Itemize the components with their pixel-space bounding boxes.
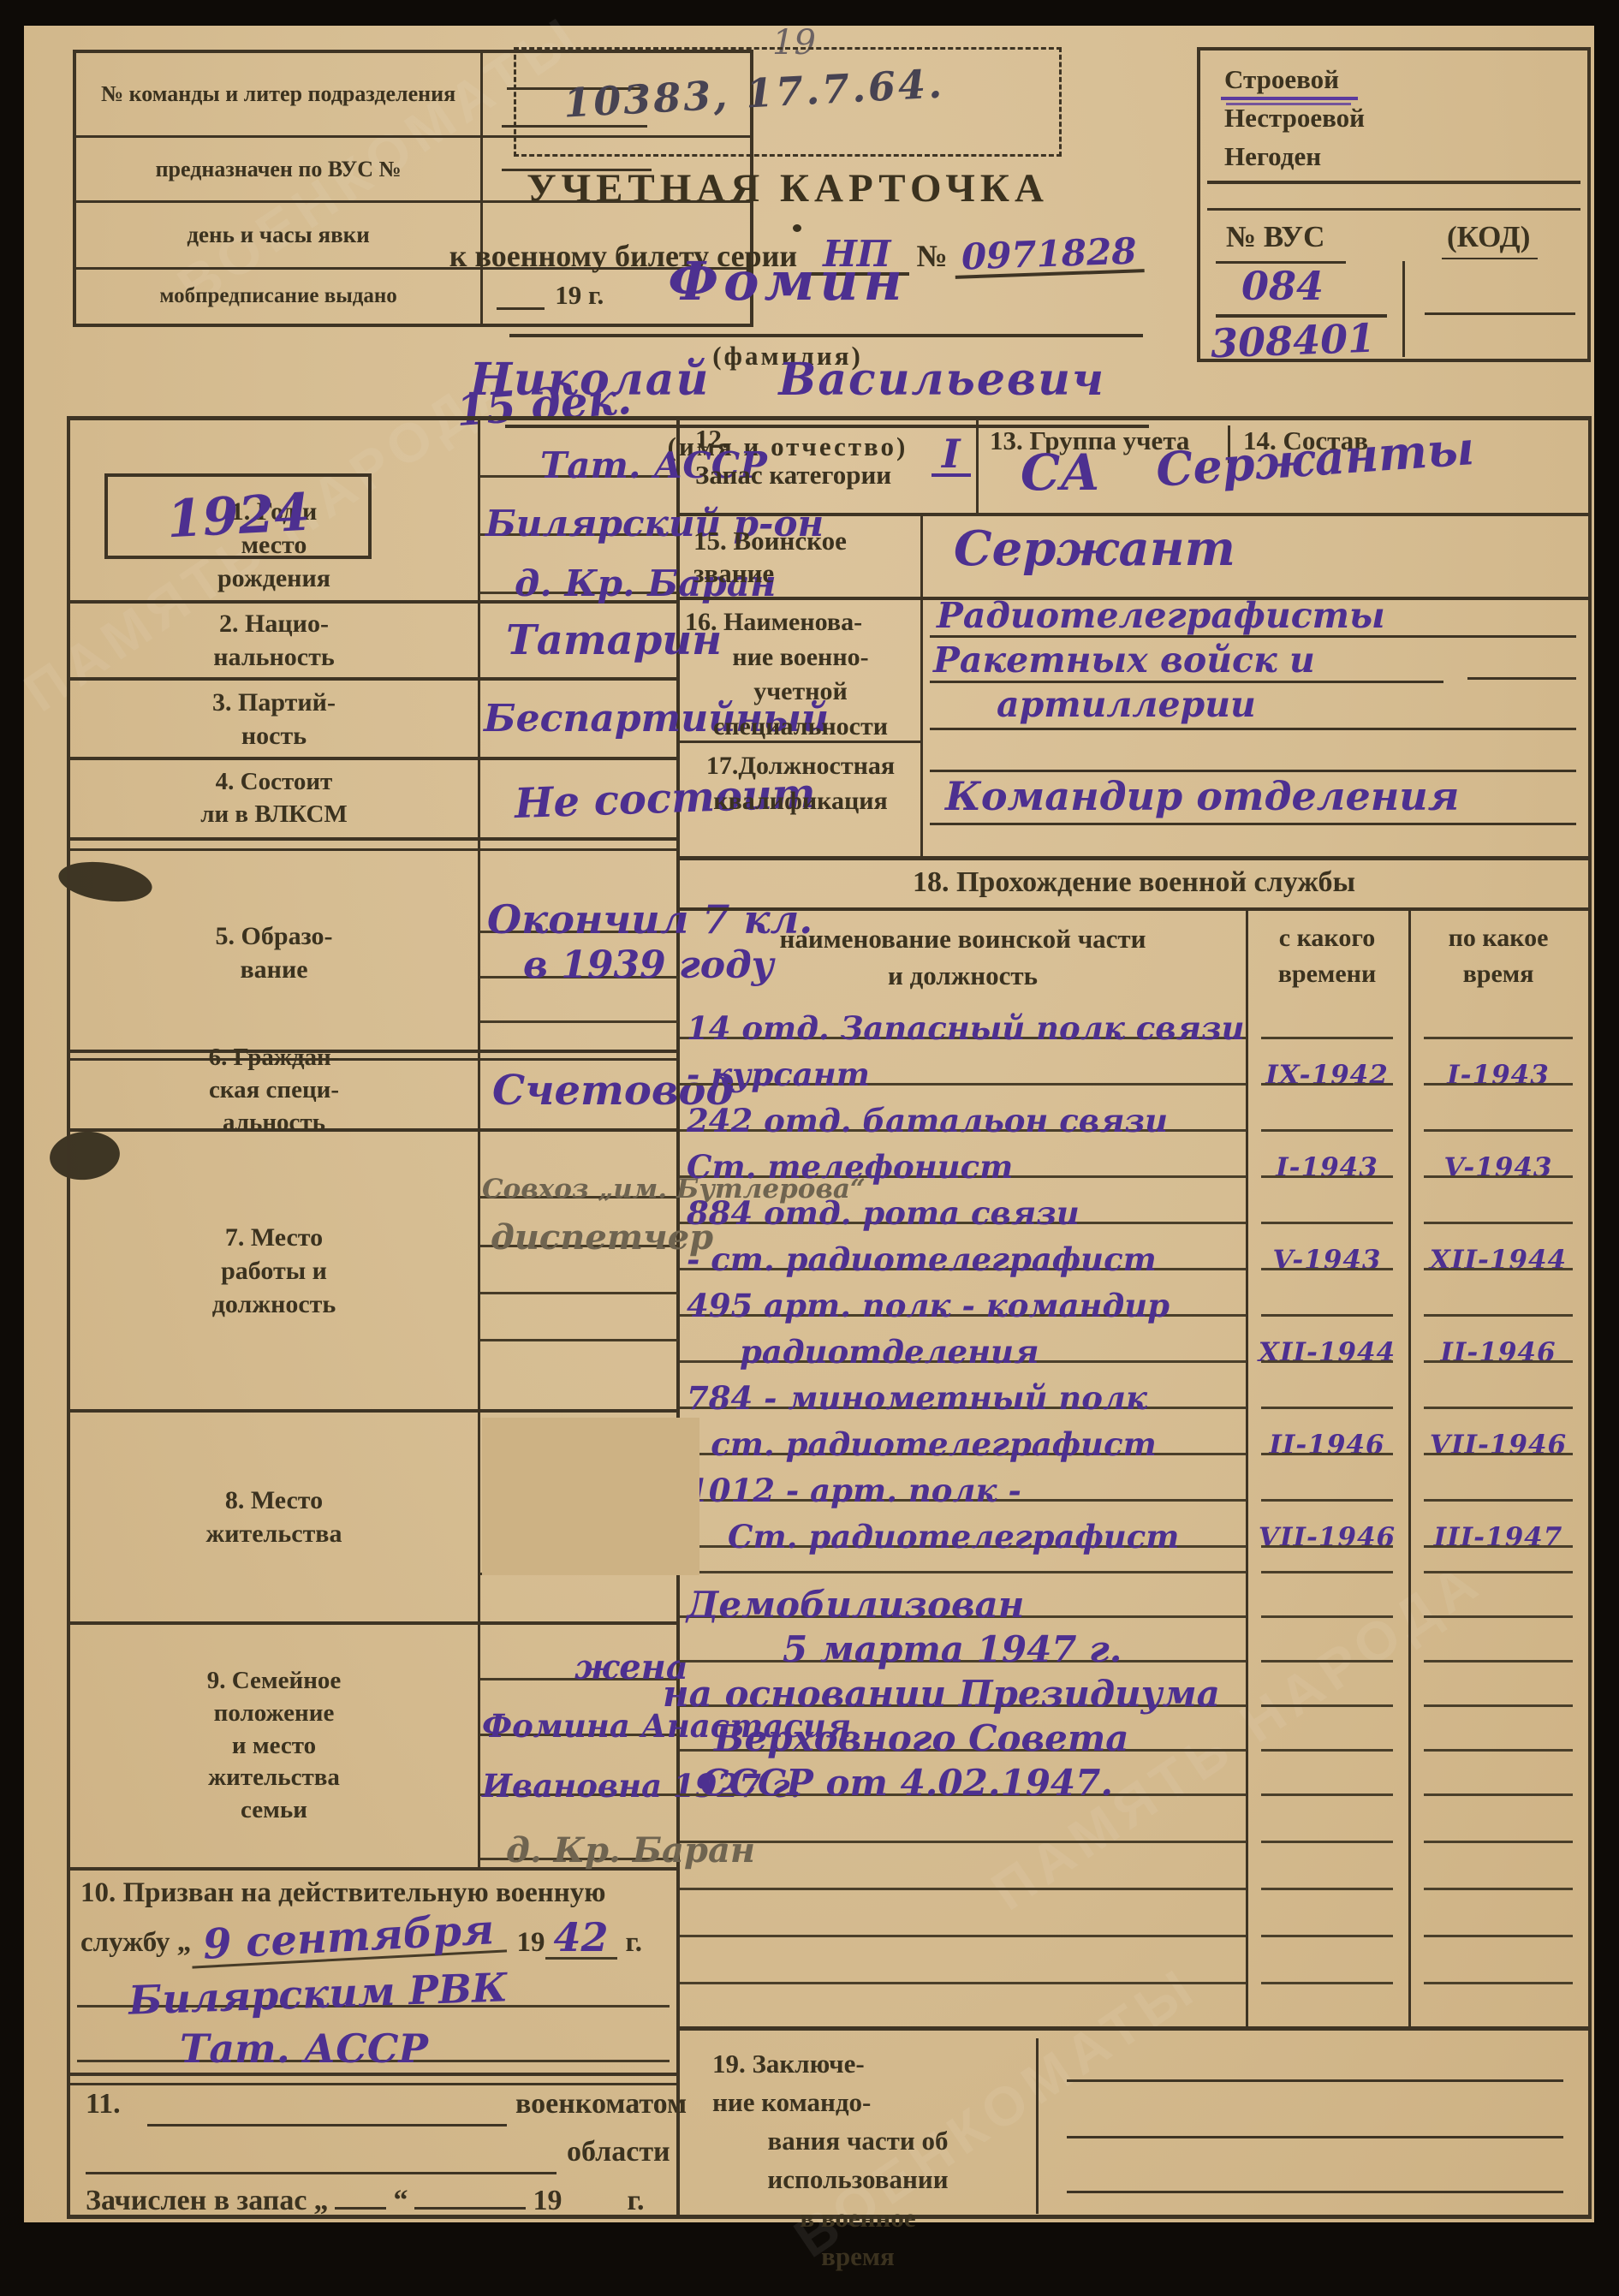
r15-value: Сержант bbox=[954, 525, 1235, 573]
redaction-box bbox=[482, 1418, 699, 1575]
label-line: ли в ВЛКСМ bbox=[200, 799, 348, 831]
row-label: 5. Образо- вание bbox=[70, 856, 478, 1050]
row-value: Татарин bbox=[480, 604, 678, 677]
service-line bbox=[680, 1548, 1588, 1573]
service-line: - ст. радиотелеграфист II-1946 VII-1946 bbox=[680, 1409, 1588, 1455]
label-column-divider bbox=[1036, 2038, 1039, 2214]
row-label: 7. Место работы и должность bbox=[70, 1132, 478, 1409]
drafted-year: 42 bbox=[545, 1918, 617, 1960]
row-value: Счетовод bbox=[480, 1053, 678, 1128]
blank-line bbox=[1425, 312, 1575, 315]
from-cell bbox=[1246, 1796, 1408, 1843]
drafted-date: 9 сентября bbox=[190, 1908, 507, 1968]
hw-rule bbox=[930, 823, 1576, 825]
blank-line bbox=[1442, 258, 1538, 259]
stamp-entry: 10383, 17.7.64. bbox=[562, 63, 945, 122]
row-value: жена Фомина Анастасия Ивановна 1927 г. д… bbox=[480, 1625, 678, 1867]
row-value: Беспартийный bbox=[480, 681, 678, 757]
unit-cell: 884 отд. рота связи bbox=[680, 1178, 1246, 1224]
service-heading: 18. Прохождение военной службы bbox=[680, 865, 1588, 900]
drafted-print-4: г. bbox=[626, 1927, 643, 1959]
row-label: 8. Место жительства bbox=[70, 1413, 478, 1621]
birth-year-box: 1924 bbox=[104, 473, 372, 559]
label-line: работы и bbox=[221, 1254, 327, 1288]
drafted-line-2: службу „ 9 сентября 19 42 г. bbox=[80, 1917, 671, 1960]
header-line: времени bbox=[1246, 956, 1408, 992]
label-column-divider bbox=[920, 513, 923, 856]
label-divider bbox=[680, 741, 920, 743]
from-cell bbox=[1246, 993, 1408, 1039]
row11-number: 11. bbox=[86, 2088, 121, 2121]
to-cell bbox=[1408, 1548, 1588, 1573]
from-cell bbox=[1246, 1843, 1408, 1890]
to-cell bbox=[1408, 1618, 1588, 1663]
to-cell bbox=[1408, 1178, 1588, 1224]
unit-cell: Ст. телефонист bbox=[680, 1132, 1246, 1178]
blank-line bbox=[1067, 2136, 1563, 2138]
row-party: 3. Партий- ность Беспартийный bbox=[70, 681, 676, 760]
service-line: - курсант IX-1942 I-1943 bbox=[680, 1039, 1588, 1086]
label-line: ская специ- bbox=[209, 1074, 339, 1107]
divider bbox=[1207, 181, 1580, 184]
service-line bbox=[680, 1843, 1588, 1890]
service-line: 495 арт. полк - командир bbox=[680, 1270, 1588, 1317]
label-line: квалификация bbox=[682, 784, 920, 819]
r12-value: I bbox=[932, 434, 971, 477]
right-section: 12. Запас категории I 13. Группа учета 1… bbox=[680, 420, 1588, 2219]
fitness-box: Строевой Нестроевой Негоден № ВУС (КОД) … bbox=[1197, 47, 1591, 362]
blank-line bbox=[86, 2172, 557, 2174]
row11-year: 19 bbox=[533, 2185, 562, 2217]
note-cell: 5 марта 1947 г. bbox=[680, 1618, 1246, 1663]
surname-block: Фомин bbox=[411, 255, 1164, 308]
code-label: (КОД) bbox=[1447, 220, 1530, 254]
note-cell: Верховного Совета bbox=[680, 1707, 1246, 1752]
unit-cell: 495 арт. полк - командир bbox=[680, 1270, 1246, 1317]
service-line: СССР от 4.02.1947. bbox=[680, 1752, 1588, 1796]
label-line: звание bbox=[693, 557, 913, 590]
row-label: 6. Граждан- ская специ- альность bbox=[70, 1053, 478, 1128]
row11-oblast: области bbox=[567, 2136, 670, 2168]
divider bbox=[1402, 261, 1405, 357]
row-education: 5. Образо- вание Окончил 7 кл. в 1939 го… bbox=[70, 856, 676, 1053]
label-line: 8. Место bbox=[225, 1484, 323, 1517]
from-cell bbox=[1246, 1573, 1408, 1618]
service-col1-header: наименование воинской части и должность bbox=[680, 920, 1246, 995]
divider bbox=[680, 907, 1588, 911]
row-value: Окончил 7 кл. в 1939 году bbox=[480, 856, 678, 1050]
row11-enlisted: Зачислен в запас bbox=[86, 2185, 307, 2217]
hw-rule bbox=[930, 635, 1576, 638]
fitness-options: Строевой Нестроевой Негоден bbox=[1224, 61, 1365, 176]
row-nationality: 2. Нацио- нальность Татарин bbox=[70, 604, 676, 681]
from-cell: VII-1946 bbox=[1246, 1502, 1408, 1548]
unit-cell: 242 отд. батальон связи bbox=[680, 1086, 1246, 1132]
page-title: УЧЕТНАЯ КАРТОЧКА bbox=[411, 164, 1164, 213]
section-border bbox=[680, 856, 1588, 860]
divider bbox=[976, 420, 979, 513]
row11-g: г. bbox=[627, 2185, 644, 2217]
from-cell bbox=[1246, 1270, 1408, 1317]
quote-close: “ bbox=[393, 2185, 408, 2217]
r14-value: Сержанты bbox=[1155, 425, 1476, 493]
from-cell: I-1943 bbox=[1246, 1132, 1408, 1178]
section-border bbox=[680, 2026, 1588, 2031]
row-drafted: 10. Призван на действительную военную сл… bbox=[70, 1871, 676, 2076]
from-cell bbox=[1246, 1618, 1408, 1663]
r12-number: 12. bbox=[695, 424, 729, 455]
decorative-dot bbox=[793, 224, 801, 232]
service-line: радиотделения XII-1944 II-1946 bbox=[680, 1317, 1588, 1363]
note-cell: СССР от 4.02.1947. bbox=[680, 1752, 1246, 1796]
unit-cell: радиотделения bbox=[680, 1317, 1246, 1363]
from-cell: II-1946 bbox=[1246, 1409, 1408, 1455]
label-line: вания части об bbox=[687, 2122, 1029, 2161]
to-cell: I-1943 bbox=[1408, 1039, 1588, 1086]
divider bbox=[1207, 208, 1580, 211]
row11-line3: Зачислен в запас „ “ 19 г. bbox=[86, 2180, 668, 2217]
label-line: семьи bbox=[241, 1794, 307, 1827]
from-cell bbox=[1246, 1455, 1408, 1502]
unit-cell: 1012 - арт. полк - bbox=[680, 1455, 1246, 1502]
table-border-right bbox=[1588, 416, 1592, 2219]
service-col3-header: по какое время bbox=[1408, 920, 1588, 992]
scanned-card: ПАМЯТЬ НАРОДА ВОЕНКОМАТЫ ПАМЯТЬ НАРОДА В… bbox=[0, 0, 1619, 2296]
admin-row-label: № команды и литер подразделения bbox=[76, 53, 480, 135]
header-line: с какого bbox=[1246, 920, 1408, 956]
blank-line bbox=[414, 2180, 526, 2210]
from-cell: V-1943 bbox=[1246, 1224, 1408, 1270]
label-line: 19. Заключе- bbox=[687, 2045, 1029, 2084]
row-value: Тат. АССР Билярский р-он д. Кр. Баран bbox=[480, 420, 678, 600]
to-cell bbox=[1408, 1455, 1588, 1502]
row-label: 4. Состоит ли в ВЛКСМ bbox=[70, 760, 478, 837]
unit-cell: - ст. радиотелеграфист bbox=[680, 1224, 1246, 1270]
service-line: Верховного Совета bbox=[680, 1707, 1588, 1752]
r13-value: СА bbox=[1021, 448, 1100, 497]
row-label: 2. Нацио- нальность bbox=[70, 604, 478, 677]
r16-value-1: Радиотелеграфисты bbox=[937, 598, 1385, 633]
service-col2-header: с какого времени bbox=[1246, 920, 1408, 992]
label-line: нальность bbox=[213, 640, 334, 674]
label-line: 3. Партий- bbox=[212, 686, 336, 719]
to-cell bbox=[1408, 1363, 1588, 1409]
birth-year-value: 1924 bbox=[165, 487, 311, 546]
hw-rule bbox=[930, 728, 1576, 730]
blank-line bbox=[147, 2124, 507, 2126]
from-cell bbox=[1246, 1663, 1408, 1707]
to-cell bbox=[1408, 1937, 1588, 1984]
blank-line bbox=[1067, 2079, 1563, 2082]
label-line: ность bbox=[241, 719, 307, 752]
label-line: жительства bbox=[205, 1517, 342, 1550]
to-cell: VII-1946 bbox=[1408, 1409, 1588, 1455]
surname-value: Фомин bbox=[668, 250, 907, 312]
double-divider bbox=[70, 848, 676, 851]
label-line: 5. Образо- bbox=[216, 919, 333, 953]
to-cell: V-1943 bbox=[1408, 1132, 1588, 1178]
note-cell: на основании Президиума bbox=[680, 1663, 1246, 1707]
service-line: - ст. радиотелеграфист V-1943 XII-1944 bbox=[680, 1224, 1588, 1270]
from-cell: XII-1944 bbox=[1246, 1317, 1408, 1363]
to-cell bbox=[1408, 1752, 1588, 1796]
from-cell bbox=[1246, 1937, 1408, 1984]
from-cell bbox=[1246, 1752, 1408, 1796]
note-cell: Демобилизован bbox=[680, 1573, 1246, 1618]
label-line: 6. Граждан- bbox=[209, 1042, 340, 1074]
r15-label: 15. Воинское звание bbox=[688, 525, 913, 590]
unit-cell: 14 отд. Запасный полк связи bbox=[680, 993, 1246, 1039]
header-line: наименование воинской части bbox=[680, 920, 1246, 957]
quote-open: „ bbox=[313, 2185, 328, 2217]
pen-underline bbox=[1226, 103, 1351, 105]
row-residence: 8. Место жительства bbox=[70, 1413, 676, 1625]
unit-cell: 784 - минометный полк bbox=[680, 1363, 1246, 1409]
to-cell bbox=[1408, 1573, 1588, 1618]
row-family: 9. Семейное положение и место жительства… bbox=[70, 1625, 676, 1871]
service-line: 14 отд. Запасный полк связи bbox=[680, 993, 1588, 1039]
blank-cell bbox=[680, 1843, 1246, 1890]
service-line: 884 отд. рота связи bbox=[680, 1178, 1588, 1224]
to-cell bbox=[1408, 1663, 1588, 1707]
to-cell: XII-1944 bbox=[1408, 1224, 1588, 1270]
stamp-box: 10383, 17.7.64. bbox=[514, 47, 1062, 157]
vus-value-2: 308401 bbox=[1210, 318, 1376, 364]
row-value bbox=[480, 1413, 678, 1621]
service-line bbox=[680, 1796, 1588, 1843]
r16-label: 16. Наименова- ние военно- учетной специ… bbox=[685, 605, 916, 744]
header-line: время bbox=[1408, 956, 1588, 992]
label-line: ние командо- bbox=[687, 2084, 1029, 2122]
from-cell bbox=[1246, 1548, 1408, 1573]
vus-label: № ВУС bbox=[1226, 220, 1324, 254]
unit-cell: Ст. радиотелеграфист bbox=[680, 1502, 1246, 1548]
row-label: 3. Партий- ность bbox=[70, 681, 478, 757]
service-table: 14 отд. Запасный полк связи - курсант IX… bbox=[680, 993, 1588, 1984]
label-line: 17.Должностная bbox=[682, 749, 920, 784]
label-line: положение bbox=[214, 1698, 335, 1730]
to-cell bbox=[1408, 1796, 1588, 1843]
label-line: 16. Наименова- bbox=[685, 605, 916, 640]
r16-value-2: Ракетных войск и bbox=[933, 643, 1315, 678]
blank-line bbox=[1067, 2191, 1563, 2193]
r17-label: 17.Должностная квалификация bbox=[682, 749, 920, 818]
label-line: 9. Семейное bbox=[207, 1665, 342, 1698]
row-label: 9. Семейное положение и место жительства… bbox=[70, 1625, 478, 1867]
to-cell bbox=[1408, 1890, 1588, 1937]
service-line: 1012 - арт. полк - bbox=[680, 1455, 1588, 1502]
row-vlksm: 4. Состоит ли в ВЛКСМ Не состоит bbox=[70, 760, 676, 841]
from-cell bbox=[1246, 1086, 1408, 1132]
vus-value-1: 084 bbox=[1241, 266, 1324, 306]
service-line: 242 отд. батальон связи bbox=[680, 1086, 1588, 1132]
service-line: 5 марта 1947 г. bbox=[680, 1618, 1588, 1663]
unit-cell bbox=[680, 1548, 1246, 1573]
row-workplace: 7. Место работы и должность Совхоз „им. … bbox=[70, 1132, 676, 1413]
label-line: рождения bbox=[217, 562, 330, 595]
blank-cell bbox=[680, 1890, 1246, 1937]
hw-rule bbox=[1467, 677, 1576, 680]
label-line: ние военно- bbox=[685, 640, 916, 675]
r19-label: 19. Заключе- ние командо- вания части об… bbox=[687, 2045, 1029, 2276]
r12-label: Запас категории bbox=[695, 460, 891, 491]
to-cell bbox=[1408, 1270, 1588, 1317]
unit-cell: - ст. радиотелеграфист bbox=[680, 1409, 1246, 1455]
surname-line bbox=[509, 334, 1143, 337]
card-paper: ПАМЯТЬ НАРОДА ВОЕНКОМАТЫ ПАМЯТЬ НАРОДА В… bbox=[24, 26, 1594, 2222]
blank-cell bbox=[680, 1937, 1246, 1984]
label-line: вание bbox=[240, 953, 307, 986]
from-cell: IX-1942 bbox=[1246, 1039, 1408, 1086]
to-cell bbox=[1408, 1086, 1588, 1132]
service-line bbox=[680, 1937, 1588, 1984]
from-cell bbox=[1246, 1707, 1408, 1752]
service-line: Ст. радиотелеграфист VII-1946 III-1947 bbox=[680, 1502, 1588, 1548]
label-line: специальности bbox=[685, 710, 916, 745]
pen-underline bbox=[1221, 97, 1358, 100]
r16-value-3: артиллерии bbox=[997, 687, 1256, 723]
row-value: Совхоз „им. Бутлерова“ диспетчер bbox=[480, 1132, 678, 1409]
from-cell bbox=[1246, 1178, 1408, 1224]
row-enlisted-reserve: 11. военкоматом области Зачислен в запас… bbox=[70, 2076, 676, 2219]
label-line: учетной bbox=[685, 675, 916, 710]
label-line: и место bbox=[232, 1730, 316, 1763]
to-cell: II-1946 bbox=[1408, 1317, 1588, 1363]
r17-value: Командир отделения bbox=[945, 776, 1459, 816]
from-cell bbox=[1246, 1890, 1408, 1937]
service-line: 784 - минометный полк bbox=[680, 1363, 1588, 1409]
divider bbox=[680, 513, 1588, 516]
label-line: в военное bbox=[687, 2199, 1029, 2238]
service-line bbox=[680, 1890, 1588, 1937]
to-cell bbox=[1408, 1843, 1588, 1890]
hw-entry: Тат. АССР bbox=[180, 2029, 428, 2068]
label-line: 7. Место bbox=[225, 1221, 323, 1254]
label-line: использовании bbox=[687, 2161, 1029, 2199]
service-line: Ст. телефонист I-1943 V-1943 bbox=[680, 1132, 1588, 1178]
unit-cell: - курсант bbox=[680, 1039, 1246, 1086]
row-civil-specialty: 6. Граждан- ская специ- альность Счетово… bbox=[70, 1053, 676, 1132]
label-line: 15. Воинское bbox=[693, 525, 913, 557]
header-line: по какое bbox=[1408, 920, 1588, 956]
from-cell bbox=[1246, 1363, 1408, 1409]
label-line: 4. Состоит bbox=[216, 766, 333, 799]
label-line: жительства bbox=[208, 1762, 340, 1794]
to-cell bbox=[1408, 1707, 1588, 1752]
drafted-print-2: службу „ bbox=[80, 1927, 191, 1959]
header-line: и должность bbox=[680, 957, 1246, 994]
row-value: Не состоит bbox=[480, 760, 678, 837]
service-line: Демобилизован bbox=[680, 1573, 1588, 1618]
hw-rule bbox=[930, 770, 1576, 772]
service-line: на основании Президиума bbox=[680, 1663, 1588, 1707]
blank-line bbox=[335, 2180, 386, 2210]
row11-voenkomat: военкоматом bbox=[515, 2088, 687, 2121]
label-line: 2. Нацио- bbox=[219, 607, 329, 640]
hw-rule bbox=[930, 681, 1443, 683]
label-line: должность bbox=[212, 1288, 336, 1321]
to-cell: III-1947 bbox=[1408, 1502, 1588, 1548]
fitness-option: Строевой bbox=[1224, 61, 1365, 99]
fitness-option: Негоден bbox=[1224, 138, 1365, 176]
drafted-year-pre: 19 bbox=[517, 1927, 545, 1959]
left-section: 1924 1. Год и место рождения Тат. АССР Б… bbox=[70, 420, 676, 2219]
to-cell bbox=[1408, 993, 1588, 1039]
drafted-print-1: 10. Призван на действительную военную bbox=[80, 1877, 605, 1909]
blank-cell bbox=[680, 1796, 1246, 1843]
label-line: время bbox=[687, 2238, 1029, 2276]
